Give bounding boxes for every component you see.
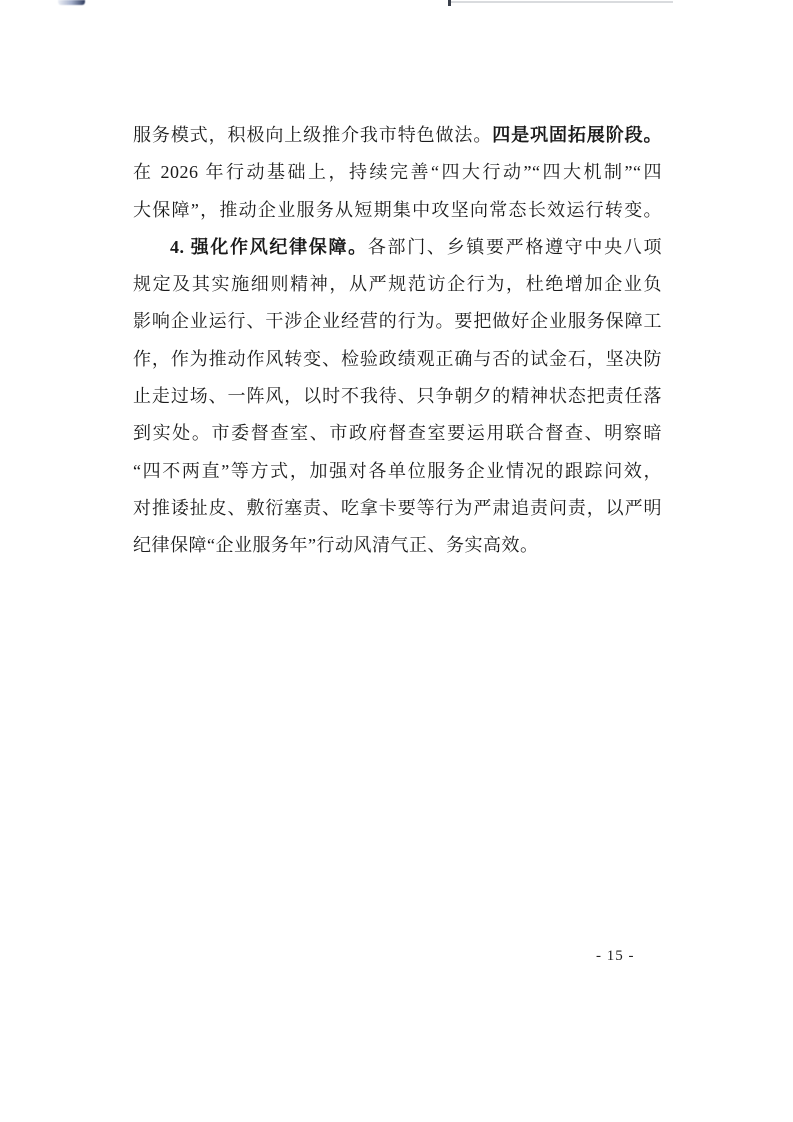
text-line: 服务模式，积极向上级推介我市特色做法。四是巩固拓展阶段。 — [133, 117, 662, 154]
text-line: 作，作为推动作风转变、检验政绩观正确与否的试金石，坚决防 — [133, 341, 662, 378]
text-segment: 在 2026 年行动基础上，持续完善“四大行动”“四大机制”“四 — [133, 162, 662, 182]
text-line: 影响企业运行、干涉企业经营的行为。要把做好企业服务保障工 — [133, 303, 662, 340]
text-line: 规定及其实施细则精神，从严规范访企行为，杜绝增加企业负担、 — [133, 266, 662, 303]
text-segment: “四不两直”等方式，加强对各单位服务企业情况的跟踪问效， — [133, 461, 662, 481]
text-segment: 规定及其实施细则精神，从严规范访企行为，杜绝增加企业负担、 — [133, 274, 662, 303]
text-segment: 对推诿扯皮、敷衍塞责、吃拿卡要等行为严肃追责问责，以严明 — [133, 498, 662, 518]
text-segment: 止走过场、一阵风，以时不我待、只争朝夕的精神状态把责任落 — [133, 386, 662, 406]
text-segment: 服务模式，积极向上级推介我市特色做法。 — [133, 125, 492, 145]
page-number: - 15 - — [596, 948, 635, 965]
text-segment: 到实处。市委督查室、市政府督查室要运用联合督查、明察暗访、 — [133, 423, 662, 452]
text-line: 止走过场、一阵风，以时不我待、只争朝夕的精神状态把责任落 — [133, 378, 662, 415]
text-line: 在 2026 年行动基础上，持续完善“四大行动”“四大机制”“四 — [133, 154, 662, 191]
document-page: 服务模式，积极向上级推介我市特色做法。四是巩固拓展阶段。 在 2026 年行动基… — [0, 0, 793, 1122]
text-line: 到实处。市委督查室、市政府督查室要运用联合督查、明察暗访、 — [133, 415, 662, 452]
body-text: 服务模式，积极向上级推介我市特色做法。四是巩固拓展阶段。 在 2026 年行动基… — [133, 117, 662, 565]
text-segment: 各部门、乡镇要严格遵守中央八项 — [368, 237, 662, 257]
scan-edge-line — [451, 1, 673, 3]
text-segment-bold: 4. 强化作风纪律保障。 — [170, 237, 368, 257]
text-line: “四不两直”等方式，加强对各单位服务企业情况的跟踪问效， — [133, 453, 662, 490]
text-segment: 影响企业运行、干涉企业经营的行为。要把做好企业服务保障工 — [133, 311, 662, 331]
text-line: 纪律保障“企业服务年”行动风清气正、务实高效。 — [133, 527, 662, 564]
blue-ink-smudge-icon — [58, 0, 85, 5]
text-line: 4. 强化作风纪律保障。各部门、乡镇要严格遵守中央八项 — [133, 229, 662, 266]
text-line: 大保障”，推动企业服务从短期集中攻坚向常态长效运行转变。 — [133, 192, 662, 229]
text-segment: 大保障”，推动企业服务从短期集中攻坚向常态长效运行转变。 — [133, 200, 662, 220]
text-line: 对推诿扯皮、敷衍塞责、吃拿卡要等行为严肃追责问责，以严明 — [133, 490, 662, 527]
text-segment: 纪律保障“企业服务年”行动风清气正、务实高效。 — [133, 535, 538, 555]
text-segment: 作，作为推动作风转变、检验政绩观正确与否的试金石，坚决防 — [133, 349, 662, 369]
text-segment-bold: 四是巩固拓展阶段。 — [492, 125, 662, 145]
